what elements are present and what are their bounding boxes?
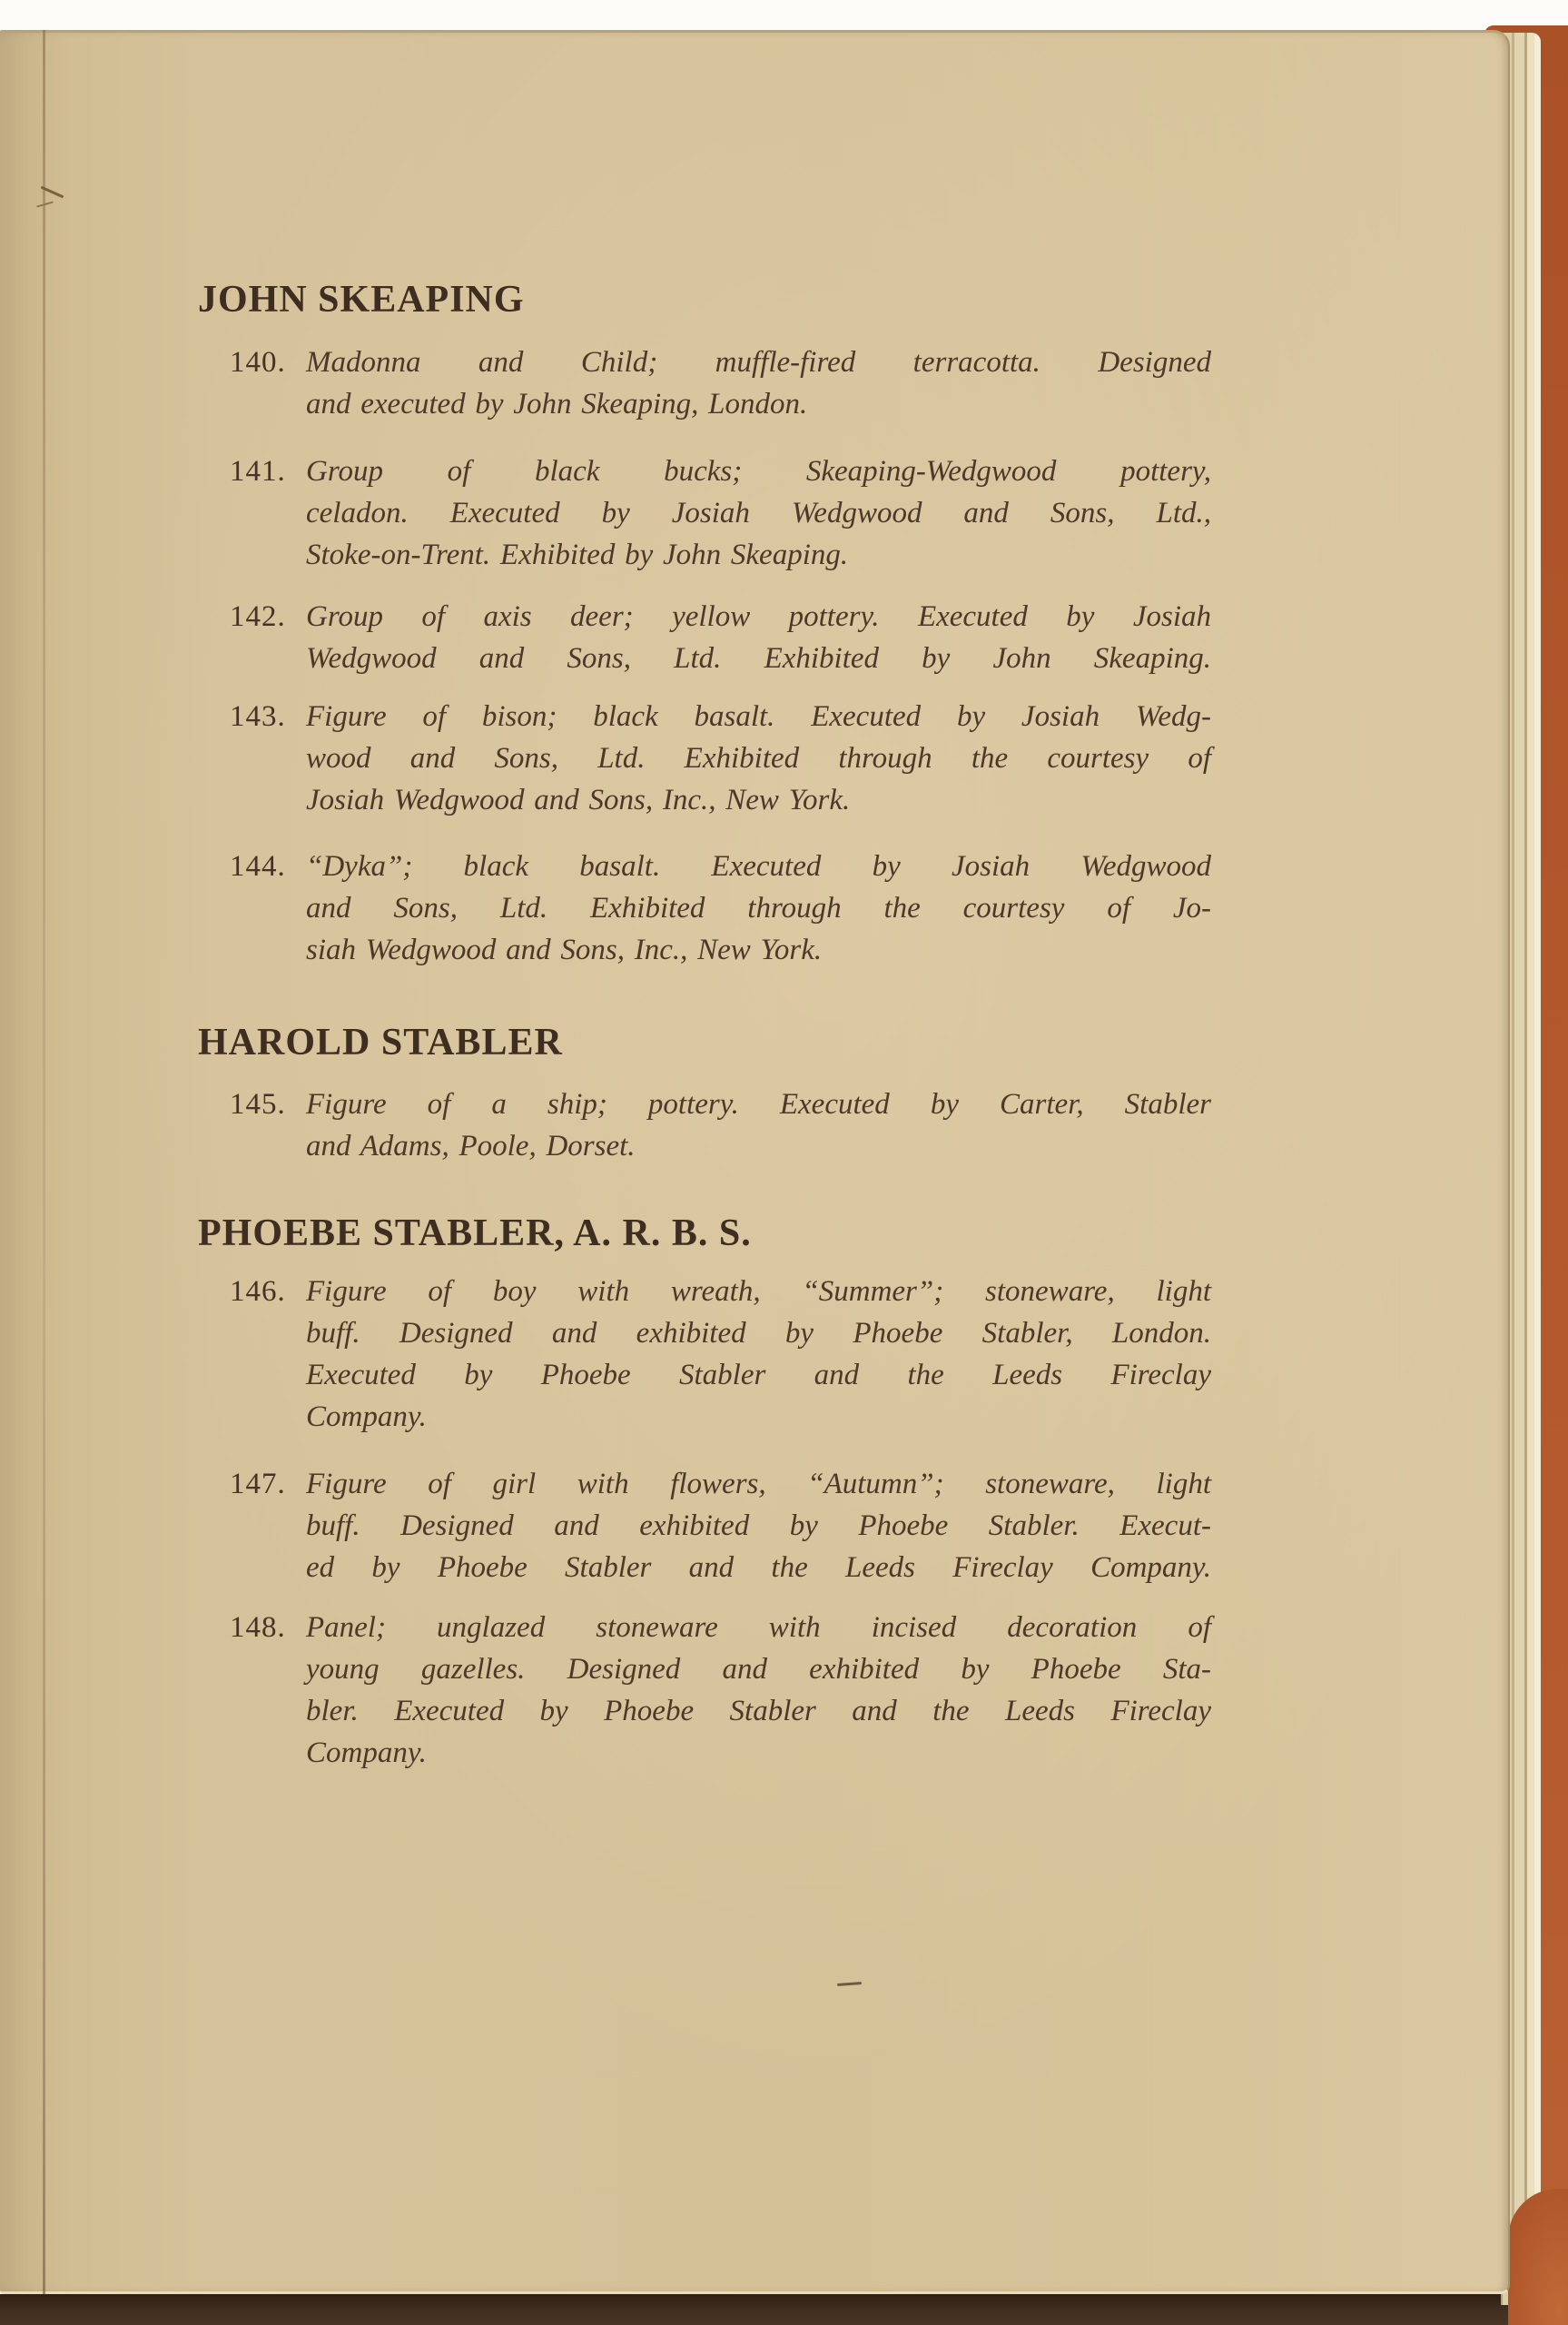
item-line: Figure of girl with flowers, “Autumn”; s… <box>306 1463 1211 1505</box>
item-line: wood and Sons, Ltd. Exhibited through th… <box>306 737 1211 779</box>
scanned-book-photo: { "colors": { "paper": "#d5c198", "cover… <box>0 0 1568 2325</box>
item-line: bler. Executed by Phoebe Stabler and the… <box>306 1690 1211 1732</box>
item-line: celadon. Executed by Josiah Wedgwood and… <box>306 492 1211 534</box>
item-number: 144. <box>230 846 286 887</box>
item-line: Stoke-on-Trent. Exhibited by John Skeapi… <box>306 534 1211 576</box>
catalog-item: 147. Figure of girl with flowers, “Autum… <box>230 1463 1211 1588</box>
item-line: Madonna and Child; muffle-fired terracot… <box>306 341 1211 383</box>
item-line: Figure of a ship; pottery. Executed by C… <box>306 1083 1211 1125</box>
item-number: 148. <box>230 1607 286 1648</box>
catalog-item: 140. Madonna and Child; muffle-fired ter… <box>230 341 1211 425</box>
catalog-item: 143. Figure of bison; black basalt. Exec… <box>230 696 1211 821</box>
artist-heading: HAROLD STABLER <box>198 1024 563 1062</box>
item-number: 141. <box>230 450 286 492</box>
item-line: Company. <box>306 1732 1211 1774</box>
catalog-item: 144. “Dyka”; black basalt. Executed by J… <box>230 846 1211 971</box>
item-line: Executed by Phoebe Stabler and the Leeds… <box>306 1354 1211 1396</box>
item-line: Group of black bucks; Skeaping-Wedgwood … <box>306 450 1211 492</box>
item-line: “Dyka”; black basalt. Executed by Josiah… <box>306 846 1211 887</box>
item-text: Figure of girl with flowers, “Autumn”; s… <box>306 1463 1211 1588</box>
item-text: Figure of boy with wreath, “Summer”; sto… <box>306 1271 1211 1438</box>
page-content: JOHN SKEAPING 140. Madonna and Child; mu… <box>0 0 1568 2325</box>
item-text: Figure of bison; black basalt. Executed … <box>306 696 1211 821</box>
item-line: buff. Designed and exhibited by Phoebe S… <box>306 1312 1211 1354</box>
item-text: Panel; unglazed stoneware with incised d… <box>306 1607 1211 1774</box>
item-text: Figure of a ship; pottery. Executed by C… <box>306 1083 1211 1167</box>
artist-heading: JOHN SKEAPING <box>198 281 525 319</box>
item-number: 142. <box>230 596 286 638</box>
item-number: 147. <box>230 1463 286 1505</box>
catalog-item: 142. Group of axis deer; yellow pottery.… <box>230 596 1211 679</box>
item-line: and Adams, Poole, Dorset. <box>306 1125 1211 1167</box>
item-text: Madonna and Child; muffle-fired terracot… <box>306 341 1211 425</box>
item-line: Figure of boy with wreath, “Summer”; sto… <box>306 1271 1211 1312</box>
item-line: Company. <box>306 1396 1211 1438</box>
item-text: Group of black bucks; Skeaping-Wedgwood … <box>306 450 1211 576</box>
item-line: young gazelles. Designed and exhibited b… <box>306 1648 1211 1690</box>
item-line: Figure of bison; black basalt. Executed … <box>306 696 1211 737</box>
catalog-item: 141. Group of black bucks; Skeaping-Wedg… <box>230 450 1211 576</box>
item-line: buff. Designed and exhibited by Phoebe S… <box>306 1505 1211 1547</box>
item-text: Group of axis deer; yellow pottery. Exec… <box>306 596 1211 679</box>
catalog-item: 146. Figure of boy with wreath, “Summer”… <box>230 1271 1211 1438</box>
catalog-item: 145. Figure of a ship; pottery. Executed… <box>230 1083 1211 1167</box>
item-line: Wedgwood and Sons, Ltd. Exhibited by Joh… <box>306 638 1211 679</box>
item-number: 146. <box>230 1271 286 1312</box>
item-line: ed by Phoebe Stabler and the Leeds Firec… <box>306 1547 1211 1588</box>
item-number: 140. <box>230 341 286 383</box>
item-line: Josiah Wedgwood and Sons, Inc., New York… <box>306 779 1211 821</box>
item-line: and executed by John Skeaping, London. <box>306 383 1211 425</box>
item-line: Panel; unglazed stoneware with incised d… <box>306 1607 1211 1648</box>
item-line: and Sons, Ltd. Exhibited through the cou… <box>306 887 1211 929</box>
artist-heading: PHOEBE STABLER, A. R. B. S. <box>198 1214 752 1252</box>
item-line: siah Wedgwood and Sons, Inc., New York. <box>306 929 1211 971</box>
item-number: 143. <box>230 696 286 737</box>
item-text: “Dyka”; black basalt. Executed by Josiah… <box>306 846 1211 971</box>
item-number: 145. <box>230 1083 286 1125</box>
catalog-item: 148. Panel; unglazed stoneware with inci… <box>230 1607 1211 1774</box>
item-line: Group of axis deer; yellow pottery. Exec… <box>306 596 1211 638</box>
